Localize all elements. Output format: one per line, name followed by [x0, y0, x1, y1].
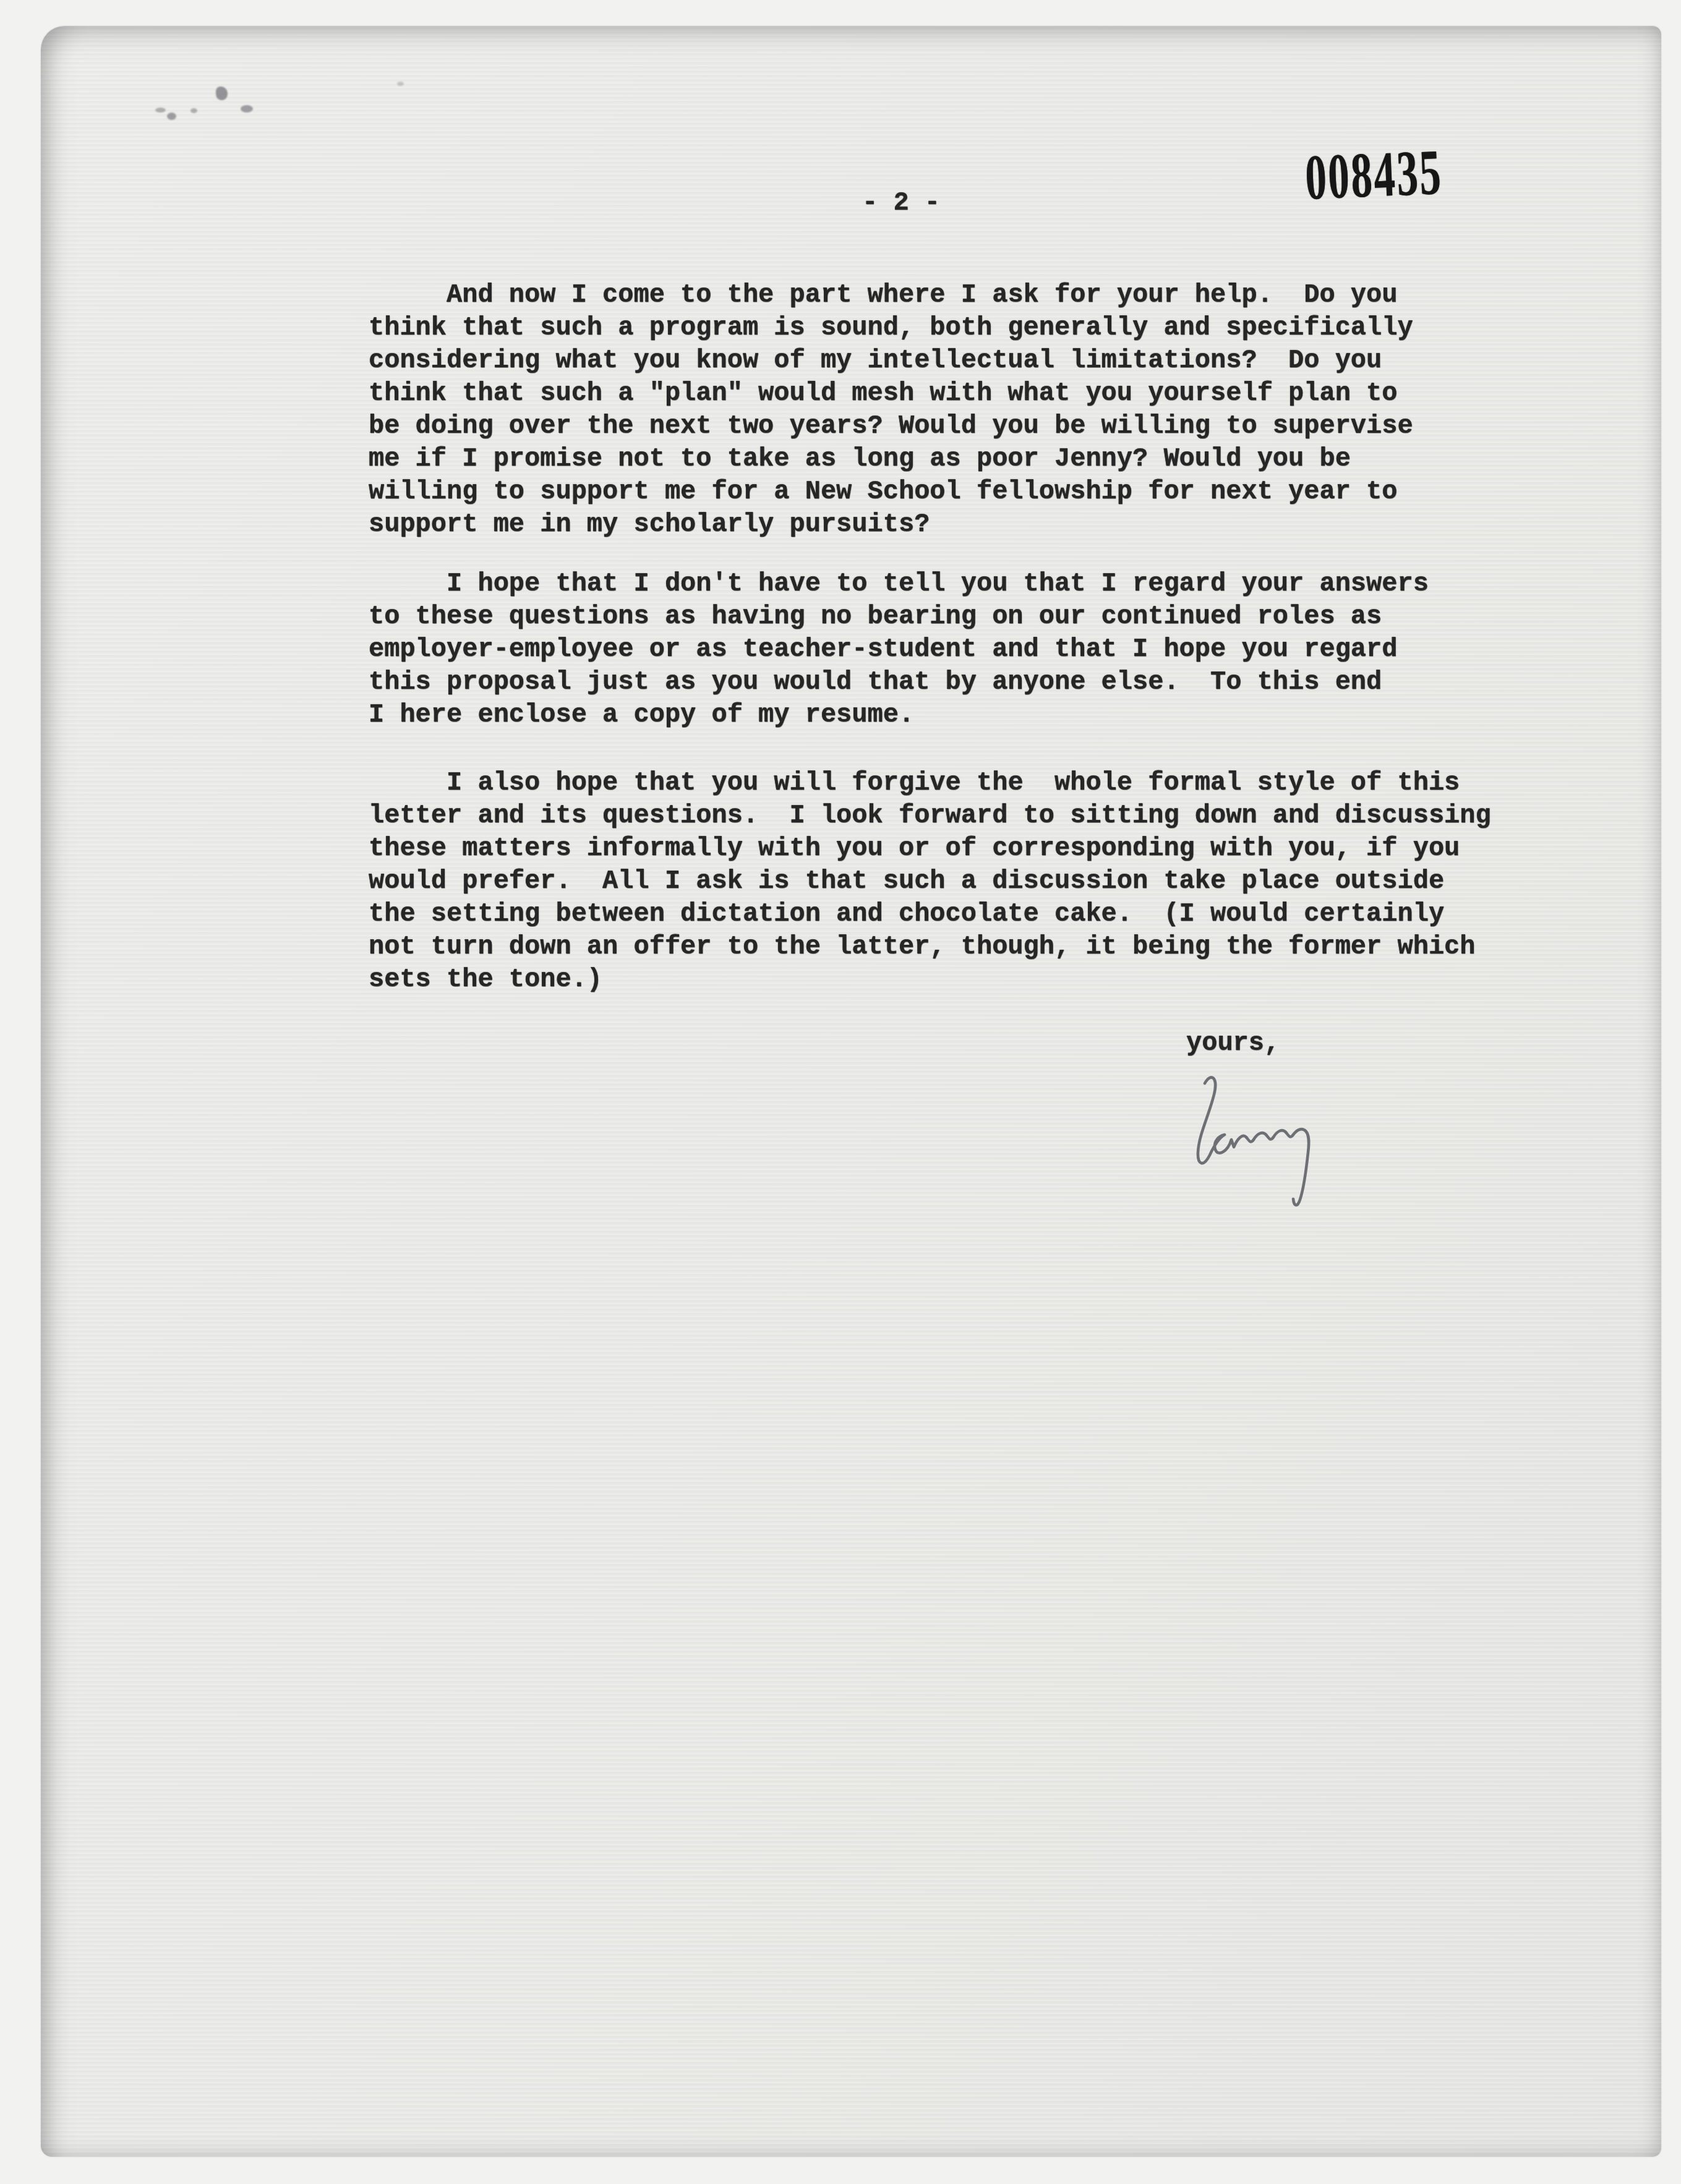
- ink-speck: [216, 87, 228, 100]
- closing-salutation: yours,: [1186, 1027, 1280, 1060]
- ink-speck: [397, 82, 404, 86]
- page-number: - 2 -: [862, 187, 940, 220]
- handwritten-signature-larry: [1178, 1072, 1331, 1219]
- letter-page: 008435 - 2 - And now I come to the part …: [41, 26, 1661, 2157]
- paragraph-no-bearing-on-roles: I hope that I don't have to tell you tha…: [369, 568, 1519, 732]
- paragraph-request-for-help: And now I come to the part where I ask f…: [369, 279, 1519, 541]
- document-number-stamp: 008435: [1304, 135, 1444, 215]
- scan-background: 008435 - 2 - And now I come to the part …: [0, 0, 1681, 2184]
- ink-speck: [190, 108, 197, 113]
- ink-speck: [241, 105, 253, 113]
- ink-speck: [167, 113, 176, 120]
- paragraph-forgive-formal-style: I also hope that you will forgive the wh…: [369, 767, 1519, 996]
- ink-speck: [155, 108, 166, 113]
